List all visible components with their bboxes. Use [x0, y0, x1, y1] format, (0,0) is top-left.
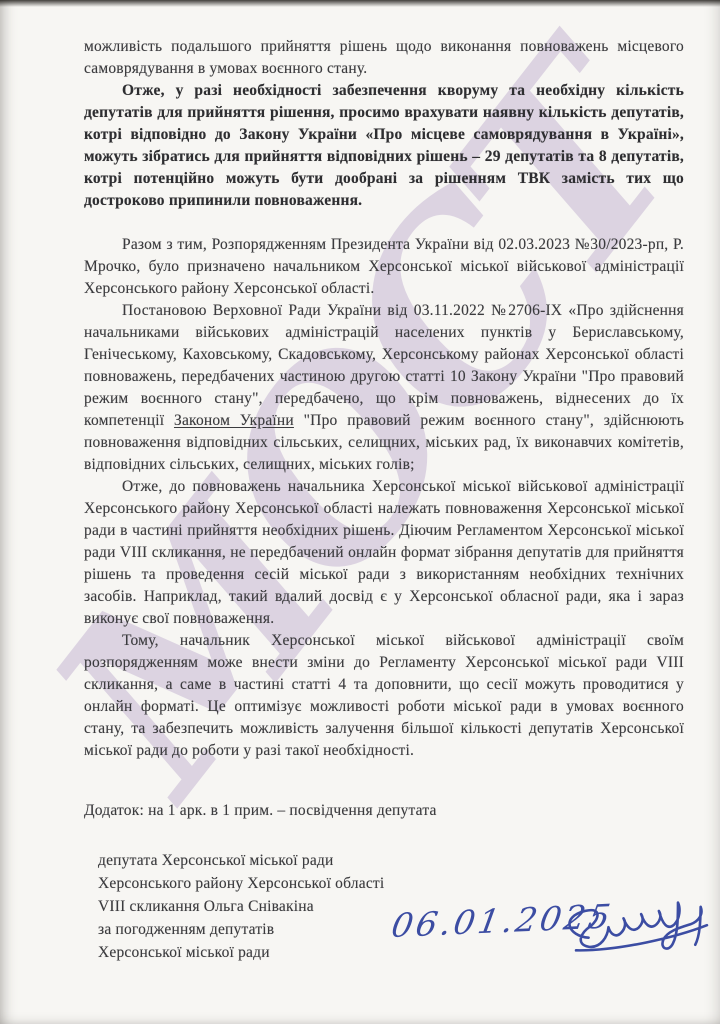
- scan-top-edge-shadow: [0, 0, 720, 7]
- paragraph-proposal: Тому, начальник Херсонської міської війс…: [84, 630, 684, 762]
- paragraph-quorum-bold: Отже, у разі необхідності забезпечення к…: [84, 80, 684, 212]
- scanned-document-page: МОСТ можливість подальшого прийняття ріш…: [0, 0, 720, 1024]
- underlined-law-reference: Законом України: [174, 412, 294, 429]
- paragraph-parliament-resolution: Постановою Верховної Ради України від 03…: [84, 300, 684, 476]
- paragraph-presidential-decree: Разом з тим, Розпорядженням Президента У…: [84, 234, 684, 300]
- resolution-text-before: Постановою Верховної Ради України від 03…: [84, 302, 684, 429]
- paragraph-city-powers: Отже, до повноважень начальника Херсонсь…: [84, 476, 684, 630]
- paragraph-continuation: можливість подальшого прийняття рішень щ…: [84, 36, 684, 80]
- attachment-note: Додаток: на 1 арк. в 1 прим. – посвідчен…: [84, 800, 684, 822]
- signature-block-line: Херсонського району Херсонської області: [98, 872, 684, 895]
- signature-stroke: [568, 896, 709, 960]
- signature-block-line: депутата Херсонської міської ради: [98, 849, 684, 872]
- document-body: можливість подальшого прийняття рішень щ…: [84, 36, 684, 762]
